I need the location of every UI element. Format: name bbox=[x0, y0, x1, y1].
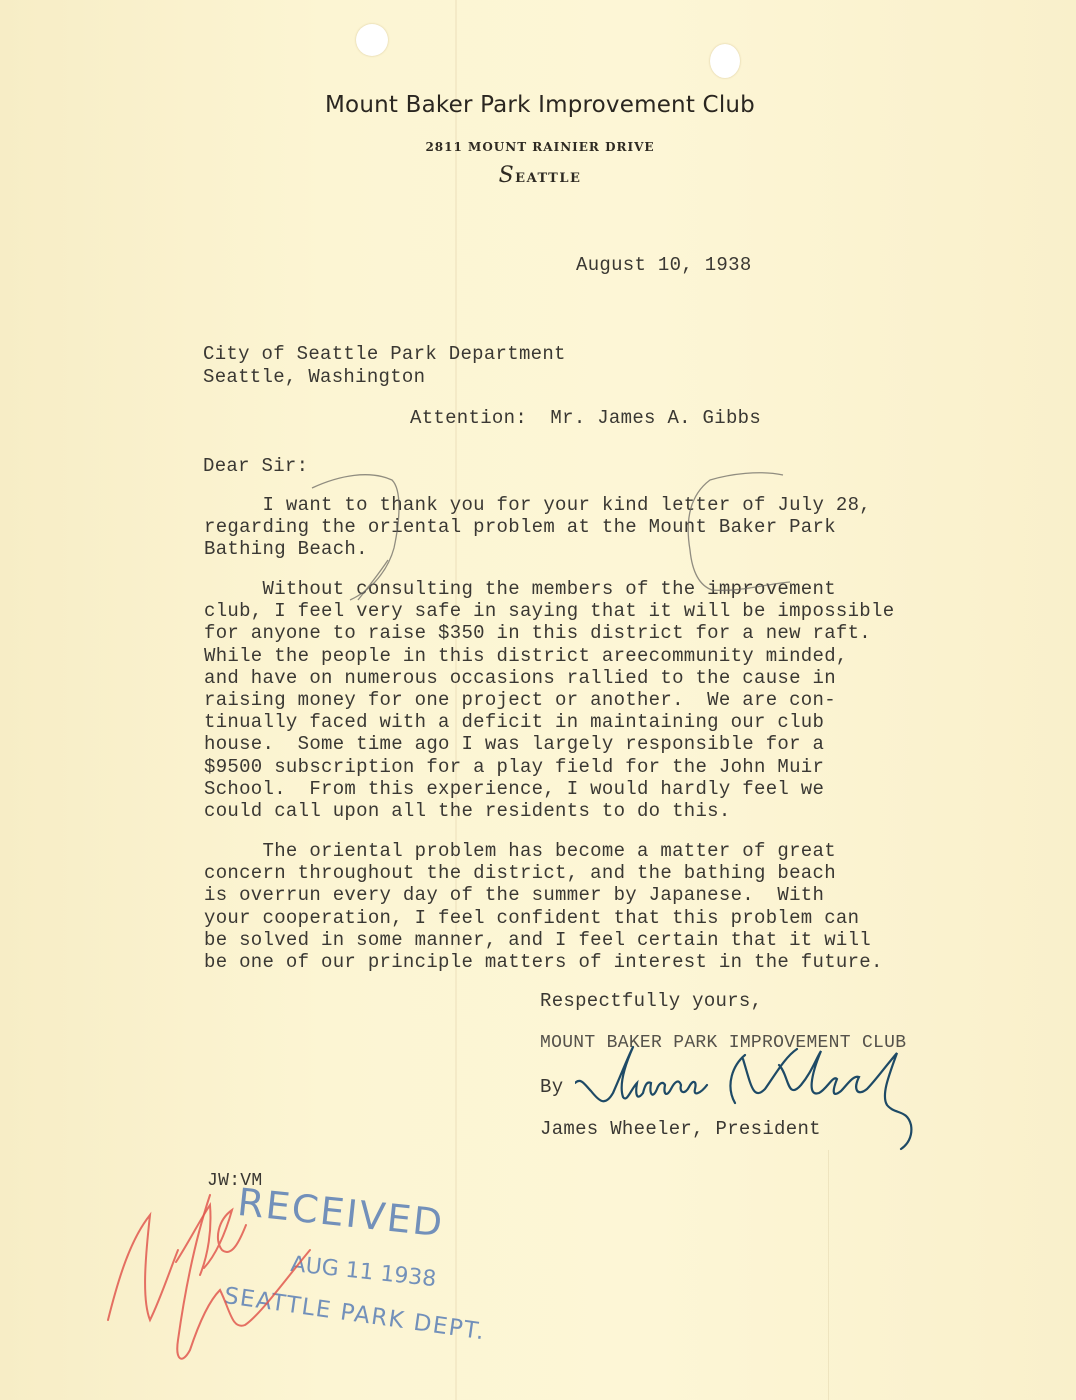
paper-fold bbox=[828, 1150, 829, 1400]
letterhead-city-rest: EATTLE bbox=[515, 171, 581, 186]
paragraph-line: raising money for one project or another… bbox=[204, 689, 894, 711]
letter-date: August 10, 1938 bbox=[576, 254, 752, 276]
punch-hole-right bbox=[710, 44, 740, 78]
paragraph-line: house. Some time ago I was largely respo… bbox=[204, 733, 894, 755]
paragraph-line: I want to thank you for your kind letter… bbox=[204, 494, 871, 516]
paragraph-line: be one of our principle matters of inter… bbox=[204, 951, 883, 973]
paragraph-2: Without consulting the members of the im… bbox=[204, 578, 894, 822]
paragraph-line: The oriental problem has become a matter… bbox=[204, 840, 883, 862]
salutation: Dear Sir: bbox=[203, 455, 308, 477]
paragraph-1: I want to thank you for your kind letter… bbox=[204, 494, 871, 561]
paragraph-line: Without consulting the members of the im… bbox=[204, 578, 894, 600]
paragraph-line: your cooperation, I feel confident that … bbox=[204, 907, 883, 929]
paragraph-line: is overrun every day of the summer by Ja… bbox=[204, 884, 883, 906]
received-stamp-department: SEATTLE PARK DEPT. bbox=[222, 1283, 487, 1345]
letterhead-city: SEATTLE bbox=[0, 163, 1076, 188]
complimentary-close: Respectfully yours, bbox=[540, 990, 762, 1012]
handwritten-signature bbox=[575, 1045, 935, 1155]
paragraph-line: School. From this experience, I would ha… bbox=[204, 778, 894, 800]
received-stamp: RECEIVED bbox=[235, 1180, 446, 1245]
paragraph-line: club, I feel very safe in saying that it… bbox=[204, 600, 894, 622]
paragraph-line: could call upon all the residents to do … bbox=[204, 800, 894, 822]
paragraph-line: for anyone to raise $350 in this distric… bbox=[204, 622, 894, 644]
recipient-line-1: City of Seattle Park Department bbox=[203, 343, 566, 365]
letterhead-city-initial: S bbox=[499, 163, 516, 188]
paragraph-line: While the people in this district areeco… bbox=[204, 645, 894, 667]
paragraph-line: regarding the oriental problem at the Mo… bbox=[204, 516, 871, 538]
paragraph-line: concern throughout the district, and the… bbox=[204, 862, 883, 884]
letter-page: Mount Baker Park Improvement Club 2811 M… bbox=[0, 0, 1076, 1400]
paragraph-line: tinually faced with a deficit in maintai… bbox=[204, 711, 894, 733]
paragraph-line: $9500 subscription for a play field for … bbox=[204, 756, 894, 778]
attention-line: Attention: Mr. James A. Gibbs bbox=[410, 407, 761, 429]
punch-hole-left bbox=[356, 24, 388, 56]
paragraph-line: be solved in some manner, and I feel cer… bbox=[204, 929, 883, 951]
paragraph-3: The oriental problem has become a matter… bbox=[204, 840, 883, 973]
received-stamp-date: AUG 11 1938 bbox=[289, 1252, 437, 1292]
by-label: By bbox=[540, 1076, 563, 1098]
recipient-line-2: Seattle, Washington bbox=[203, 366, 425, 388]
letterhead-address: 2811 MOUNT RAINIER DRIVE bbox=[0, 140, 1076, 154]
paragraph-line: Bathing Beach. bbox=[204, 538, 871, 560]
paragraph-line: and have on numerous occasions rallied t… bbox=[204, 667, 894, 689]
letterhead-organization: Mount Baker Park Improvement Club bbox=[0, 92, 1076, 118]
